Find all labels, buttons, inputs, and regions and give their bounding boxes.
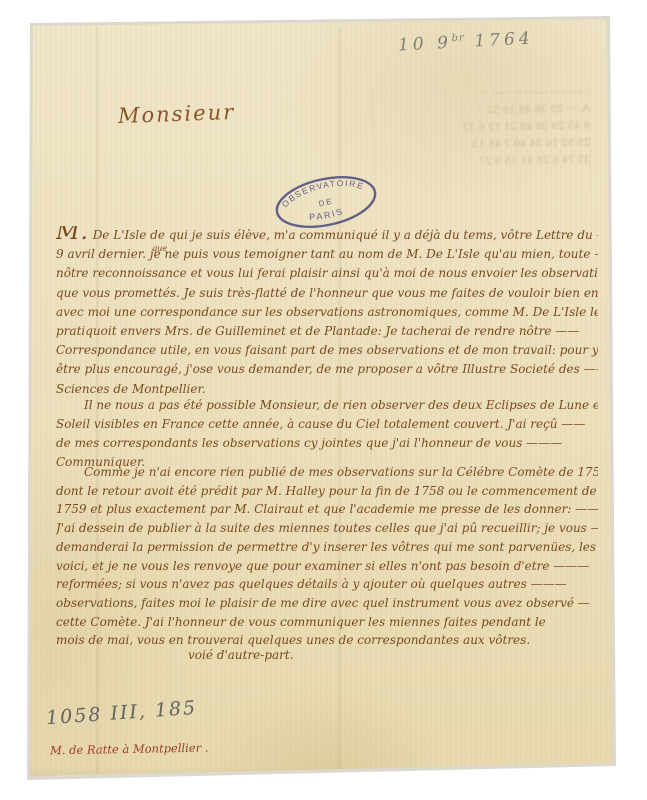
- paragraph-line: observations, faites moi le plaisir de m…: [56, 594, 598, 613]
- letter-paragraph-2: Il ne nous a pas été possible Monsieur, …: [56, 396, 598, 472]
- date-day-month: 10 9: [398, 33, 453, 56]
- paragraph-line: 9 avril dernier. je ne puis vous temoign…: [56, 245, 598, 264]
- paragraph-line: mois de mai, vous en trouverai quelques …: [56, 631, 598, 650]
- paragraph-line: que vous promettés. Je suis très-flatté …: [56, 284, 598, 303]
- letter-paper: ··– ···· –· ·––··· ·· ····–· ·· A ···· 2…: [0, 0, 647, 800]
- paragraph-line: Comme je n'ai encore rien publié de mes …: [56, 463, 598, 482]
- paragraph-line: 1759 et plus exactement par M. Clairaut …: [56, 500, 598, 519]
- paragraph-line: J'ai dessein de publier à la suite des m…: [56, 519, 598, 538]
- date-year: 1764: [465, 28, 535, 52]
- paragraph-line: nôtre reconnoissance et vous lui ferai p…: [56, 264, 598, 283]
- letter-paragraph-1: M. De L'Isle de qui je suis élève, m'a c…: [56, 226, 598, 399]
- paragraph-line: Correspondance utile, en vous faisant pa…: [56, 341, 598, 360]
- salutation: Monsieur: [118, 100, 236, 128]
- flourished-initial: M.: [56, 226, 89, 245]
- scanned-letter-photo: ··– ···· –· ·––··· ·· ····–· ·· A ···· 2…: [0, 0, 647, 800]
- letter-paragraph-3: Comme je n'ai encore rien publié de mes …: [56, 463, 598, 650]
- paragraph-line: de mes correspondants les observations c…: [56, 434, 598, 453]
- paragraph-line: M. De L'Isle de qui je suis élève, m'a c…: [56, 226, 598, 245]
- archive-number-annotation: 1058 III, 185: [45, 697, 197, 729]
- paragraph-line: avec moi une correspondance sur les obse…: [56, 303, 598, 322]
- paragraph-line: dont le retour avoit été prédit par M. H…: [56, 482, 598, 501]
- paragraph-line: pratiquoit envers Mrs. de Guilleminet et…: [56, 322, 598, 341]
- paragraph-line: Il ne nous a pas été possible Monsieur, …: [56, 396, 598, 415]
- interlinear-insertion: que: [152, 239, 167, 258]
- pencil-date-annotation: 10 9br 1764: [398, 28, 535, 55]
- date-month-sup: br: [451, 32, 465, 44]
- stamp-text-middle: DE: [318, 197, 335, 209]
- paragraph-line: voici, et je ne vous les renvoye que pou…: [56, 557, 598, 576]
- paragraph-line: être plus encouragé, j'ose vous demander…: [56, 360, 598, 379]
- paragraph-line: cette Comète. J'ai l'honneur de vous com…: [56, 613, 598, 632]
- paragraph-line: Soleil visibles en France cette année, à…: [56, 415, 598, 434]
- turn-page-note: voié d'autre-part.: [188, 648, 294, 662]
- paragraph-line: demanderai la permission de permettre d'…: [56, 538, 598, 557]
- archive-name-annotation: M. de Ratte à Montpellier .: [50, 741, 209, 758]
- paragraph-line: reformées; si vous n'avez pas quelques d…: [56, 575, 598, 594]
